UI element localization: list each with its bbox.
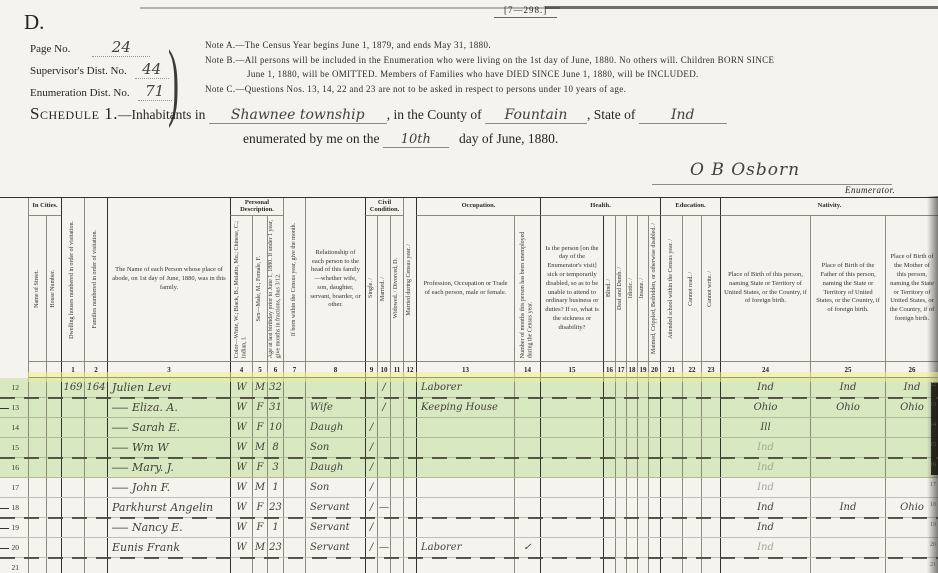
column-label-insane: Insane. / [639, 278, 647, 298]
cell-month [283, 558, 305, 573]
cell-school [660, 538, 682, 557]
enumerated-tail: day of June, 1880. [459, 131, 558, 146]
group-label-nativity: Nativity. [720, 198, 938, 216]
column-group-education: Education.Attended school within the Cen… [660, 198, 720, 361]
cell-value-pob: Ind [757, 462, 774, 473]
cell-value-mother: Ind [904, 382, 921, 393]
cell-value-sex: F [257, 522, 264, 533]
column-label-deaf: Deaf and Dumb. / [617, 267, 625, 310]
cell-pob: Ind [720, 498, 810, 517]
line-dash [0, 548, 9, 550]
cell-read [682, 458, 701, 477]
cell-deaf [615, 518, 626, 537]
cell-age: 23 [267, 538, 283, 557]
table-header: In Cities.Name of Street.House Number.Dw… [0, 197, 938, 361]
cell-value-age: 1 [272, 482, 278, 493]
cell-maimed [648, 498, 660, 517]
cell-occupation [416, 418, 514, 437]
cell-rel: Servant [305, 518, 365, 537]
cell-widowed [390, 458, 403, 477]
cell-value-family: 164 [86, 382, 105, 393]
cell-mcy [403, 418, 416, 437]
cell-value-age: 31 [269, 402, 282, 413]
cell-house [46, 518, 61, 537]
enumerated-line: enumerated by me on the 10th day of June… [243, 131, 558, 148]
cell-street [28, 538, 46, 557]
cell-house [46, 438, 61, 457]
cell-occupation: Keeping House [416, 398, 514, 417]
cell-age: 1 [267, 518, 283, 537]
cell-house [46, 418, 61, 437]
cell-write [701, 458, 720, 477]
column-label-pob: Place of Birth of this person, naming St… [721, 269, 810, 308]
county-value: Fountain [485, 107, 587, 124]
cell-school [660, 418, 682, 437]
line-number-text: 14 [12, 423, 20, 432]
column-label-months: Number of months this person has been un… [520, 219, 535, 358]
cell-value-sex: F [257, 462, 264, 473]
cell-name: Eunis Frank [107, 538, 230, 557]
column-label-married: Married. / [380, 277, 388, 301]
cell-rel: Son [305, 478, 365, 497]
note-b: Note B.—All persons will be included in … [205, 55, 774, 65]
column-header-sex: Sex—Male, M.; Female, F. [252, 216, 267, 361]
cell-blind [603, 558, 615, 573]
cell-value-months: ✓ [523, 542, 531, 553]
cell-idiotic [626, 518, 637, 537]
cell-rel: Daugh [305, 418, 365, 437]
cell-write [701, 558, 720, 573]
cell-value-mother: Ohio [900, 402, 924, 413]
column-label-month: If born within the Census year, give the… [291, 223, 299, 336]
county-label: , in the County of [387, 107, 482, 122]
cell-pob: Ohio [720, 398, 810, 417]
column-label-school: Attended school within the Census year. … [668, 239, 676, 339]
cell-value-rel: Wife [310, 402, 333, 413]
column-header-pob: Place of Birth of this person, naming St… [720, 216, 810, 361]
cell-value-color: W [236, 482, 246, 493]
cell-father [810, 518, 885, 537]
cell-value-rel: Servant [310, 542, 350, 553]
cell-deaf [615, 398, 626, 417]
cell-insane [637, 458, 648, 477]
cell-father: Ohio [810, 398, 885, 417]
column-header-school: Attended school within the Census year. … [660, 216, 682, 361]
group-columns: Profession, Occupation or Trade of each … [416, 216, 540, 361]
cell-name: —Mary. J. [107, 458, 230, 477]
enumeration-dist-field: Enumeration Dist. No. 71 [30, 82, 172, 101]
cell-street [28, 518, 46, 537]
cell-value-single: / [370, 442, 373, 453]
cell-sex: F [252, 398, 267, 417]
cell-mcy [403, 498, 416, 517]
cell-sick [540, 418, 603, 437]
cell-value-sex: M [255, 442, 265, 453]
group-columns: Is the person [on the day of the Enumera… [540, 216, 660, 361]
enumerator-signature: O B Osborn [690, 160, 800, 180]
cell-school [660, 458, 682, 477]
cell-idiotic [626, 458, 637, 477]
column-header-street: Name of Street. [28, 216, 46, 361]
cell-value-sex: M [255, 482, 265, 493]
line-number-text: 16 [12, 463, 20, 472]
cell-rel: Son [305, 438, 365, 457]
column-label-read: Cannot read. / [688, 272, 696, 306]
line-number-text: 19 [12, 523, 20, 532]
cell-value-sex: F [257, 502, 264, 513]
enumerated-day: 10th [383, 132, 449, 148]
cell-occupation [416, 558, 514, 573]
cell-value-pob: Ind [757, 382, 774, 393]
column-group-civil_condition: Civil Condition.Single. /Married. /Widow… [365, 198, 403, 361]
column-label-write: Cannot write. / [707, 271, 715, 307]
cell-color: W [230, 518, 252, 537]
cell-value-name: Wm W [132, 441, 169, 454]
cell-mcy [403, 518, 416, 537]
note-b-cont: June 1, 1880, will be OMITTED. Members o… [247, 69, 699, 79]
cell-value-pob: Ind [757, 542, 774, 553]
cell-month [283, 498, 305, 517]
cell-months [514, 498, 540, 517]
group-columns: Name of Street.House Number. [28, 216, 61, 361]
cell-widowed [390, 418, 403, 437]
schedule-title: Schedule 1. [30, 104, 118, 123]
cell-insane [637, 478, 648, 497]
column-label-name: The Name of each Person whose place of a… [108, 264, 230, 294]
cell-write [701, 518, 720, 537]
cell-value-sex: F [257, 402, 264, 413]
line-dash [0, 508, 9, 510]
cell-single: / [365, 538, 377, 557]
cell-family [84, 478, 107, 497]
cell-idiotic [626, 438, 637, 457]
cell-father [810, 478, 885, 497]
cell-month [283, 418, 305, 437]
cell-widowed [390, 478, 403, 497]
schedule-lead: —Inhabitants in [118, 107, 205, 122]
table-row: 14—Sarah E.WF10Daugh/Ill14 [0, 418, 938, 438]
cell-value-name: Julien Levi [112, 381, 171, 394]
column-header-dwelling: Dwelling houses numbered in order of vis… [61, 198, 84, 361]
right-line-number: 21 [930, 562, 936, 568]
form-number: [7—298.] [494, 5, 557, 18]
cell-maimed [648, 518, 660, 537]
cell-months [514, 518, 540, 537]
line-number: 21 [0, 558, 28, 573]
cell-read [682, 418, 701, 437]
line-number: 16 [0, 458, 28, 477]
cell-read [682, 558, 701, 573]
column-label-rel: Relationship of each person to the head … [306, 247, 365, 312]
group-label-in_cities: In Cities. [28, 198, 61, 216]
cell-color: W [230, 418, 252, 437]
column-header-write: Cannot write. / [701, 216, 720, 361]
cell-value-rel: Daugh [310, 462, 343, 473]
cell-single [365, 558, 377, 573]
cell-value-color: W [236, 462, 246, 473]
cell-blind [603, 518, 615, 537]
cell-dwelling [61, 538, 84, 557]
column-label-color: Color—White, W.; Black, B.; Mulatto, Mu.… [234, 219, 249, 358]
column-header-name: The Name of each Person whose place of a… [107, 198, 230, 361]
column-header-read: Cannot read. / [682, 216, 701, 361]
group-columns: Attended school within the Census year. … [660, 216, 720, 361]
cell-blind [603, 498, 615, 517]
cell-age: 23 [267, 498, 283, 517]
cell-street [28, 498, 46, 517]
column-label-maimed: Maimed, Crippled, Bedridden, or otherwis… [651, 223, 659, 354]
cell-married: — [377, 538, 390, 557]
cell-maimed [648, 438, 660, 457]
line-number: 17 [0, 478, 28, 497]
cell-mcy [403, 478, 416, 497]
cell-months [514, 458, 540, 477]
cell-value-single: / [370, 542, 373, 553]
cell-read [682, 538, 701, 557]
column-label-idiotic: Idiotic. / [628, 278, 636, 298]
cell-blind [603, 418, 615, 437]
cell-pob: Ind [720, 518, 810, 537]
cell-blind [603, 478, 615, 497]
right-line-number: 14 [930, 422, 936, 428]
line-number-text: 13 [12, 403, 20, 412]
cell-value-father: Ind [840, 382, 857, 393]
column-label-sex: Sex—Male, M.; Female, F. [256, 256, 264, 321]
line-number: 13 [0, 398, 28, 417]
cell-house [46, 478, 61, 497]
cell-single [365, 398, 377, 417]
column-label-age: Age at last birthday prior to June 1, 18… [268, 219, 283, 358]
cell-name: —Wm W [107, 438, 230, 457]
cell-read [682, 398, 701, 417]
cell-dwelling [61, 438, 84, 457]
cell-value-color: W [236, 502, 246, 513]
cell-color: W [230, 498, 252, 517]
cell-value-name: Sarah E. [132, 421, 180, 434]
cell-sick [540, 438, 603, 457]
cell-house [46, 498, 61, 517]
ditto-dash: — [112, 439, 128, 457]
cell-pob: Ind [720, 478, 810, 497]
cell-write [701, 418, 720, 437]
cell-rel: Servant [305, 498, 365, 517]
cell-sex: M [252, 538, 267, 557]
cell-rel: Daugh [305, 458, 365, 477]
cell-value-age: 10 [269, 422, 282, 433]
page-no-field: Page No. 24 [30, 38, 150, 57]
cell-pob: Ind [720, 458, 810, 477]
cell-occupation [416, 518, 514, 537]
supervisor-dist-field: Supervisor's Dist. No. 44 [30, 60, 169, 79]
cell-blind [603, 398, 615, 417]
column-header-mcy: Married during Census year. / [403, 198, 416, 361]
column-group-personal_description: Personal Description.Color—White, W.; Bl… [230, 198, 283, 361]
supervisor-dist-value: 44 [135, 60, 169, 79]
cell-value-color: W [236, 542, 246, 553]
cell-value-pob: Ind [757, 482, 774, 493]
right-line-number: 15 [930, 442, 936, 448]
line-number-text: 12 [12, 383, 20, 392]
line-number: 14 [0, 418, 28, 437]
cell-house [46, 538, 61, 557]
cell-dwelling [61, 498, 84, 517]
column-header-month: If born within the Census year, give the… [283, 198, 305, 361]
cell-school [660, 398, 682, 417]
column-group-health: Health.Is the person [on the day of the … [540, 198, 660, 361]
cell-school [660, 518, 682, 537]
cell-family [84, 398, 107, 417]
cell-dwelling [61, 458, 84, 477]
cell-father: Ind [810, 498, 885, 517]
cell-pob: Ind [720, 438, 810, 457]
cell-sick [540, 458, 603, 477]
line-number: 18 [0, 498, 28, 517]
cell-value-name: Eliza. A. [132, 401, 178, 414]
cell-family [84, 518, 107, 537]
cell-name: —John F. [107, 478, 230, 497]
cell-sex: M [252, 438, 267, 457]
right-line-number: 13 [930, 402, 936, 408]
cell-occupation [416, 458, 514, 477]
cell-father [810, 438, 885, 457]
cell-sick [540, 398, 603, 417]
cell-dwelling [61, 478, 84, 497]
cell-family [84, 438, 107, 457]
cell-month [283, 398, 305, 417]
cell-color: W [230, 538, 252, 557]
cell-occupation: Laborer [416, 538, 514, 557]
column-header-married: Married. / [377, 216, 390, 361]
cell-blind [603, 458, 615, 477]
group-label-education: Education. [660, 198, 720, 216]
cell-deaf [615, 438, 626, 457]
schedule-title-line: Schedule 1.—Inhabitants in Shawnee towns… [30, 104, 727, 124]
cell-sex: F [252, 418, 267, 437]
cell-sick [540, 478, 603, 497]
column-header-occupation: Profession, Occupation or Trade of each … [416, 216, 514, 361]
cell-read [682, 438, 701, 457]
cell-value-married: — [379, 542, 389, 553]
cell-sex: F [252, 518, 267, 537]
column-label-family: Families numbered in order of visitation… [92, 230, 100, 328]
cell-deaf [615, 458, 626, 477]
cell-write [701, 498, 720, 517]
cell-pob: Ill [720, 418, 810, 437]
cell-mcy [403, 538, 416, 557]
cell-deaf [615, 558, 626, 573]
cell-idiotic [626, 498, 637, 517]
cell-family [84, 538, 107, 557]
column-label-father: Place of Birth of the Father of this per… [811, 260, 885, 317]
right-line-number: 17 [930, 482, 936, 488]
state-label: , State of [587, 107, 635, 122]
cell-widowed [390, 498, 403, 517]
cell-mcy [403, 438, 416, 457]
scan-artifact-line [545, 6, 938, 9]
cell-value-married: / [382, 402, 385, 413]
cell-insane [637, 538, 648, 557]
cell-age: 1 [267, 478, 283, 497]
cell-value-occupation: Laborer [421, 382, 462, 393]
cell-family [84, 418, 107, 437]
cell-read [682, 498, 701, 517]
column-label-dwelling: Dwelling houses numbered in order of vis… [69, 221, 77, 339]
cell-mcy [403, 458, 416, 477]
cell-married [377, 518, 390, 537]
cell-color: W [230, 398, 252, 417]
cell-house [46, 558, 61, 573]
cell-single: / [365, 498, 377, 517]
cell-maimed [648, 398, 660, 417]
cell-write [701, 538, 720, 557]
cell-month [283, 478, 305, 497]
column-header-rel: Relationship of each person to the head … [305, 198, 365, 361]
cell-insane [637, 518, 648, 537]
column-label-single: Single. / [368, 278, 376, 298]
cell-value-occupation: Laborer [421, 542, 462, 553]
cell-value-age: 23 [269, 502, 282, 513]
cell-write [701, 438, 720, 457]
line-number-text: 17 [12, 483, 20, 492]
ditto-dash: — [112, 399, 128, 417]
cell-street [28, 418, 46, 437]
cell-pob: Ind [720, 538, 810, 557]
cell-value-pob: Ill [760, 422, 770, 433]
cell-married [377, 558, 390, 573]
supervisor-dist-label: Supervisor's Dist. No. [30, 65, 127, 77]
column-label-street: Name of Street. [34, 270, 42, 308]
cell-occupation [416, 478, 514, 497]
cell-pob [720, 558, 810, 573]
cell-idiotic [626, 478, 637, 497]
table-row: 16—Mary. J.WF3Daugh/Ind16 [0, 458, 938, 478]
cell-house [46, 398, 61, 417]
group-columns: Single. /Married. /Widowed. / Divorced, … [365, 216, 403, 361]
cell-married: / [377, 398, 390, 417]
column-header-family: Families numbered in order of visitation… [84, 198, 107, 361]
column-header-age: Age at last birthday prior to June 1, 18… [267, 216, 283, 361]
line-number-text: 15 [12, 443, 20, 452]
column-label-mcy: Married during Census year. / [406, 244, 414, 315]
column-label-sick: Is the person [on the day of the Enumera… [541, 243, 603, 335]
cell-months [514, 398, 540, 417]
column-header-sick: Is the person [on the day of the Enumera… [540, 216, 603, 361]
table-row: 20Eunis FrankWM23Servant/—Laborer✓Ind20 [0, 538, 938, 558]
cell-maimed [648, 458, 660, 477]
cell-deaf [615, 498, 626, 517]
table-row: 19—Nancy E.WF1Servant/Ind19 [0, 518, 938, 538]
group-columns: Place of Birth of this person, naming St… [720, 216, 938, 361]
cell-dwelling [61, 418, 84, 437]
cell-insane [637, 438, 648, 457]
cell-married [377, 438, 390, 457]
cell-insane [637, 418, 648, 437]
column-header-house: House Number. [46, 216, 61, 361]
cell-widowed [390, 398, 403, 417]
cell-value-name: John F. [132, 481, 170, 494]
column-header-color: Color—White, W.; Black, B.; Mulatto, Mu.… [230, 216, 252, 361]
cell-value-single: / [370, 502, 373, 513]
cell-sex [252, 558, 267, 573]
cell-value-age: 32 [269, 382, 282, 393]
cell-write [701, 478, 720, 497]
cell-age: 8 [267, 438, 283, 457]
cell-street [28, 558, 46, 573]
cell-sick [540, 518, 603, 537]
column-header-father: Place of Birth of the Father of this per… [810, 216, 885, 361]
ditto-dash: — [112, 459, 128, 477]
cell-month [283, 458, 305, 477]
